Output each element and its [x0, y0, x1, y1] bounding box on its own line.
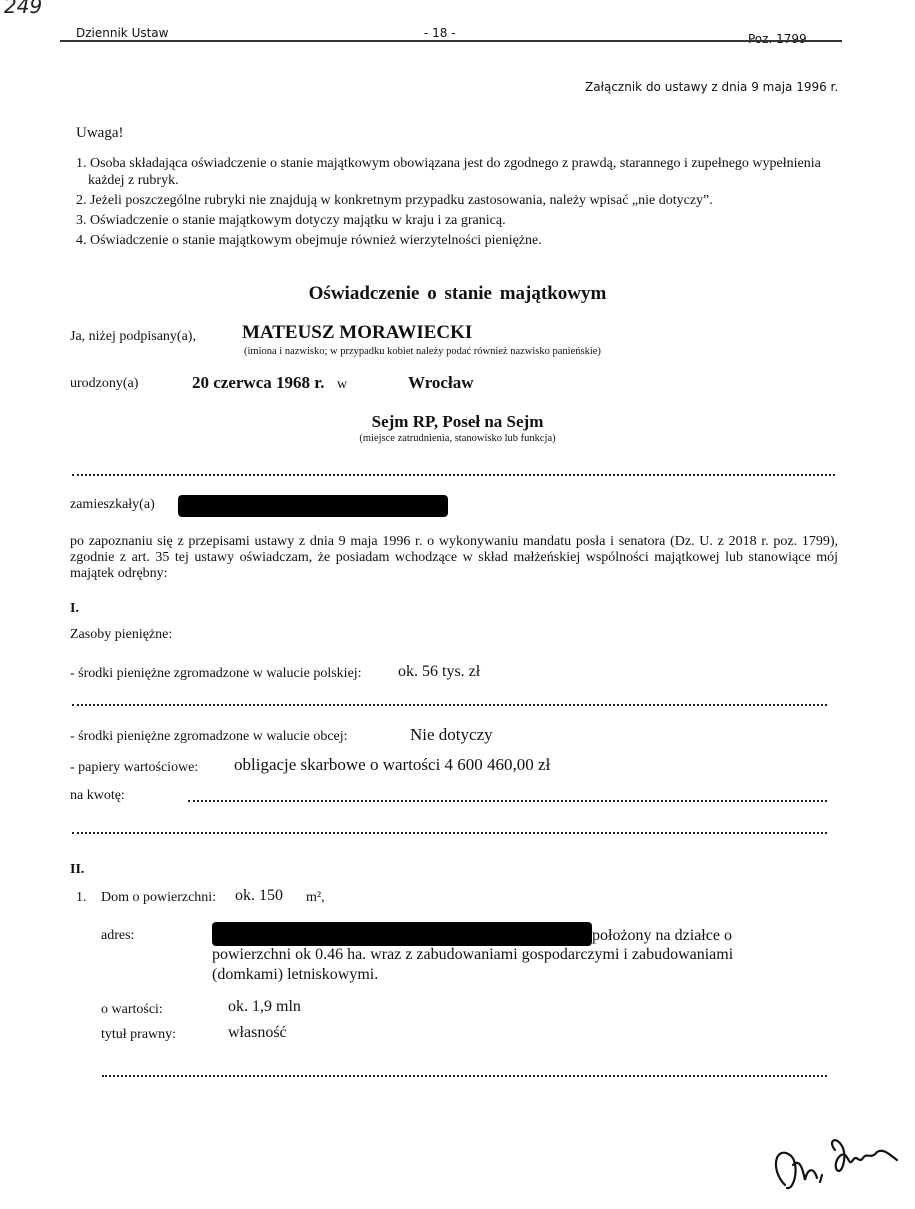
securities-label: - papiery wartościowe:: [70, 760, 198, 776]
section-2-numeral: II.: [70, 862, 84, 878]
declarant-label: Ja, niżej podpisany(a),: [70, 329, 196, 345]
annex-note: Załącznik do ustawy z dnia 9 maja 1996 r…: [585, 80, 838, 94]
statement-text: po zapoznaniu się z przepisami ustawy z …: [70, 534, 838, 582]
birth-date: 20 czerwca 1968 r.: [192, 373, 325, 393]
house-area-label: Dom o powierzchni:: [101, 890, 216, 906]
property-value-label: o wartości:: [101, 1002, 163, 1018]
document-title: Oświadczenie o stanie majątkowym: [0, 283, 915, 305]
amount-label: na kwotę:: [70, 788, 125, 804]
house-area-unit: m²,: [306, 890, 325, 906]
item-number: 1.: [76, 890, 87, 906]
page-number: - 18 -: [424, 26, 456, 40]
foreign-funds-label: - środki pieniężne zgromadzone w walucie…: [70, 729, 348, 745]
address-line-1: położony na działce o: [592, 927, 732, 945]
signature: [765, 1130, 910, 1200]
property-value: ok. 1,9 mln: [228, 998, 301, 1016]
dotted-line: [188, 800, 827, 802]
house-area-value: ok. 150: [235, 887, 283, 905]
legal-title-value: własność: [228, 1024, 287, 1042]
notes-list: 1. Osoba składająca oświadczenie o stani…: [76, 155, 846, 252]
position-number: Poz. 1799: [748, 32, 807, 46]
declarant-name: MATEUSZ MORAWIECKI: [242, 322, 472, 344]
margin-handwritten-number: 249: [4, 0, 42, 18]
journal-name: Dziennik Ustaw: [76, 26, 168, 40]
address-line-2: powierzchni ok 0.46 ha. wraz z zabudowan…: [212, 946, 733, 964]
notes-title: Uwaga!: [76, 125, 123, 142]
note-item: 2. Jeżeli poszczególne rubryki nie znajd…: [76, 192, 846, 209]
born-label: urodzony(a): [70, 376, 138, 392]
section-1-numeral: I.: [70, 601, 79, 617]
redacted-address: [178, 495, 448, 517]
redacted-property-address: [212, 922, 592, 946]
address-line-3: (domkami) letniskowymi.: [212, 966, 378, 984]
residence-label: zamieszkały(a): [70, 497, 155, 513]
employment: Sejm RP, Poseł na Sejm: [0, 412, 915, 432]
pln-funds-value: ok. 56 tys. zł: [398, 663, 480, 681]
dotted-line: [72, 704, 827, 706]
name-hint: (imiona i nazwisko; w przypadku kobiet n…: [244, 346, 601, 357]
section-1-heading: Zasoby pieniężne:: [70, 627, 172, 643]
note-item: 1. Osoba składająca oświadczenie o stani…: [76, 155, 846, 189]
note-item: 4. Oświadczenie o stanie majątkowym obej…: [76, 232, 846, 249]
header-rule: [60, 40, 842, 42]
dotted-line: [72, 832, 827, 834]
dotted-line: [72, 474, 835, 476]
securities-value: obligacje skarbowe o wartości 4 600 460,…: [234, 755, 550, 775]
employment-hint: (miejsce zatrudnienia, stanowisko lub fu…: [0, 433, 915, 444]
dotted-line: [102, 1075, 827, 1077]
pln-funds-label: - środki pieniężne zgromadzone w walucie…: [70, 666, 362, 682]
birth-place: Wrocław: [408, 373, 473, 393]
legal-title-label: tytuł prawny:: [101, 1027, 176, 1043]
foreign-funds-value: Nie dotyczy: [410, 725, 493, 745]
born-in-label: w: [337, 377, 347, 393]
address-label: adres:: [101, 928, 134, 944]
note-item: 3. Oświadczenie o stanie majątkowym doty…: [76, 212, 846, 229]
